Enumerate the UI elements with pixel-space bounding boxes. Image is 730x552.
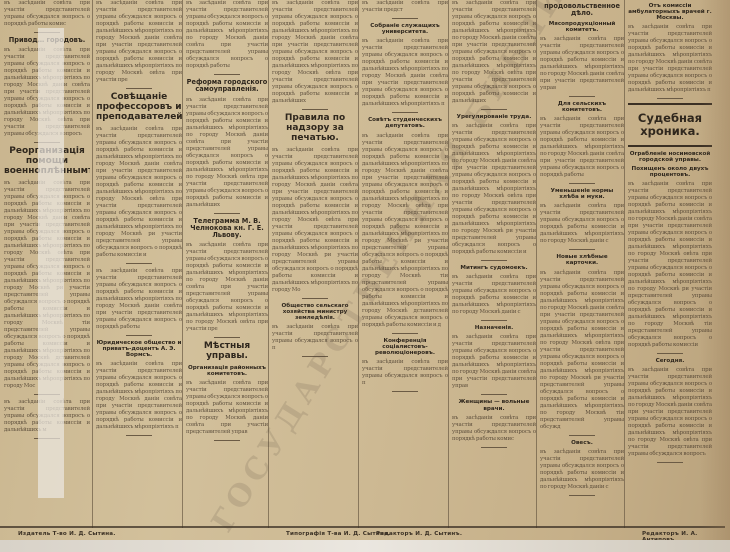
edge-stain bbox=[700, 0, 730, 540]
column-rule bbox=[92, 0, 93, 528]
article-headline: Организація районныхъ комитетовъ. bbox=[186, 365, 268, 377]
article-headline: Собраніе служащихъ университета. bbox=[362, 23, 448, 35]
article-headline: Совѣтъ студенческихъ депутатовъ. bbox=[362, 117, 448, 129]
separator bbox=[302, 109, 328, 110]
separator bbox=[392, 18, 418, 19]
article-headline: Конференція соціалистовъ-революціонеровъ… bbox=[362, 338, 448, 356]
column-rule bbox=[536, 0, 537, 528]
article-text: въ засѣданіи совѣта при участіи представ… bbox=[96, 0, 182, 84]
article-headline: Для сельскихъ комитетовъ. bbox=[540, 101, 624, 113]
tape-strip bbox=[38, 28, 64, 498]
article-headline: Новые хлѣбные карточки. bbox=[540, 254, 624, 266]
separator bbox=[481, 394, 507, 395]
column-2: въ засѣданіи совѣта при участіи представ… bbox=[96, 0, 182, 528]
article-text: въ засѣданіи совѣта при участіи представ… bbox=[452, 334, 536, 390]
imprint-line: Редакторъ И. Д. Сытинъ. bbox=[376, 531, 462, 537]
separator bbox=[126, 335, 152, 336]
article-headline: Назначенія. bbox=[452, 325, 536, 331]
article-text: въ засѣданіи совѣта при участіи предст bbox=[362, 0, 448, 14]
separator bbox=[214, 74, 240, 75]
separator bbox=[481, 447, 507, 448]
separator bbox=[569, 495, 595, 496]
article-text: въ засѣданіи совѣта при участіи представ… bbox=[96, 361, 182, 431]
article-text: въ засѣданіи совѣта при участіи представ… bbox=[540, 270, 624, 431]
separator bbox=[214, 213, 240, 214]
article-text: въ засѣданіи совѣта при участіи представ… bbox=[186, 97, 268, 209]
separator bbox=[214, 440, 240, 441]
separator bbox=[481, 320, 507, 321]
article-text: въ засѣданіи совѣта при участіи представ… bbox=[540, 116, 624, 179]
article-text: въ засѣданіи совѣта при участіи представ… bbox=[96, 126, 182, 259]
paper-edge bbox=[0, 540, 730, 552]
column-rule bbox=[448, 0, 449, 528]
separator bbox=[657, 98, 683, 99]
article-headline: Юридическое общество и приватъ-доцентъ А… bbox=[96, 340, 182, 358]
column-rule bbox=[182, 0, 183, 528]
article-headline: Овесъ. bbox=[540, 440, 624, 446]
separator bbox=[214, 337, 240, 338]
article-text: въ засѣданіи совѣта при участіи представ… bbox=[540, 36, 624, 92]
article-headline: Реформа городского самоуправленія. bbox=[186, 79, 268, 94]
separator bbox=[569, 183, 595, 184]
article-text: въ засѣданіи совѣта при участіи представ… bbox=[540, 449, 624, 491]
separator bbox=[657, 462, 683, 463]
column-7: продовольственное дѣло.Мясопродукціонный… bbox=[540, 0, 624, 528]
article-text: въ засѣданіи совѣта при участіи представ… bbox=[272, 147, 358, 294]
article-text: въ засѣданіи совѣта при участіи представ… bbox=[362, 38, 448, 108]
article-headline: Совѣщаніе профессоровъ и преподавателей. bbox=[96, 93, 182, 123]
article-text: въ засѣданіи совѣта при участіи представ… bbox=[362, 359, 448, 387]
separator bbox=[126, 435, 152, 436]
separator bbox=[392, 112, 418, 113]
imprint-line: Издатель Т-во И. Д. Сытина. bbox=[18, 531, 116, 537]
article-headline: Телеграмма М. В. Челнокова кн. Г. Е. Льв… bbox=[186, 218, 268, 240]
article-text: въ засѣданіи совѣта при участіи представ… bbox=[272, 0, 358, 105]
imprint-line: Типографія Т-ва И. Д. Сытина. bbox=[286, 531, 390, 537]
article-headline: Правила по надзору за печатью. bbox=[272, 114, 358, 144]
article-text: въ засѣданіи совѣта при участіи представ… bbox=[540, 203, 624, 245]
separator bbox=[126, 263, 152, 264]
separator bbox=[569, 249, 595, 250]
article-headline: Митингъ судомоекъ. bbox=[452, 265, 536, 271]
article-headline: Мѣстныя управы. bbox=[186, 342, 268, 362]
separator bbox=[392, 333, 418, 334]
column-rule bbox=[358, 0, 359, 528]
separator bbox=[302, 298, 328, 299]
article-text: въ засѣданіи совѣта при участіи представ… bbox=[186, 0, 268, 70]
article-text: въ засѣданіи совѣта при участіи представ… bbox=[96, 268, 182, 331]
bottom-rule bbox=[0, 526, 725, 528]
column-rule bbox=[624, 0, 625, 528]
article-text: въ засѣданіи совѣта при участіи представ… bbox=[452, 274, 536, 316]
newspaper-page: въ засѣданіи совѣта при участіи представ… bbox=[0, 0, 730, 540]
article-headline: Уменьшеніе нормы хлѣба и муки. bbox=[540, 188, 624, 200]
separator bbox=[657, 353, 683, 354]
separator bbox=[569, 435, 595, 436]
article-text: въ засѣданіи совѣта при участіи представ… bbox=[452, 415, 536, 443]
article-headline: Женщины — вольные врачи. bbox=[452, 399, 536, 411]
article-text: въ засѣданіи совѣта при участіи представ… bbox=[4, 0, 90, 28]
separator bbox=[569, 96, 595, 97]
separator bbox=[126, 88, 152, 89]
separator bbox=[392, 391, 418, 392]
separator bbox=[481, 260, 507, 261]
article-text: въ засѣданіи совѣта при участіи представ… bbox=[186, 242, 268, 333]
article-text: въ засѣданіи совѣта при участіи представ… bbox=[186, 380, 268, 436]
